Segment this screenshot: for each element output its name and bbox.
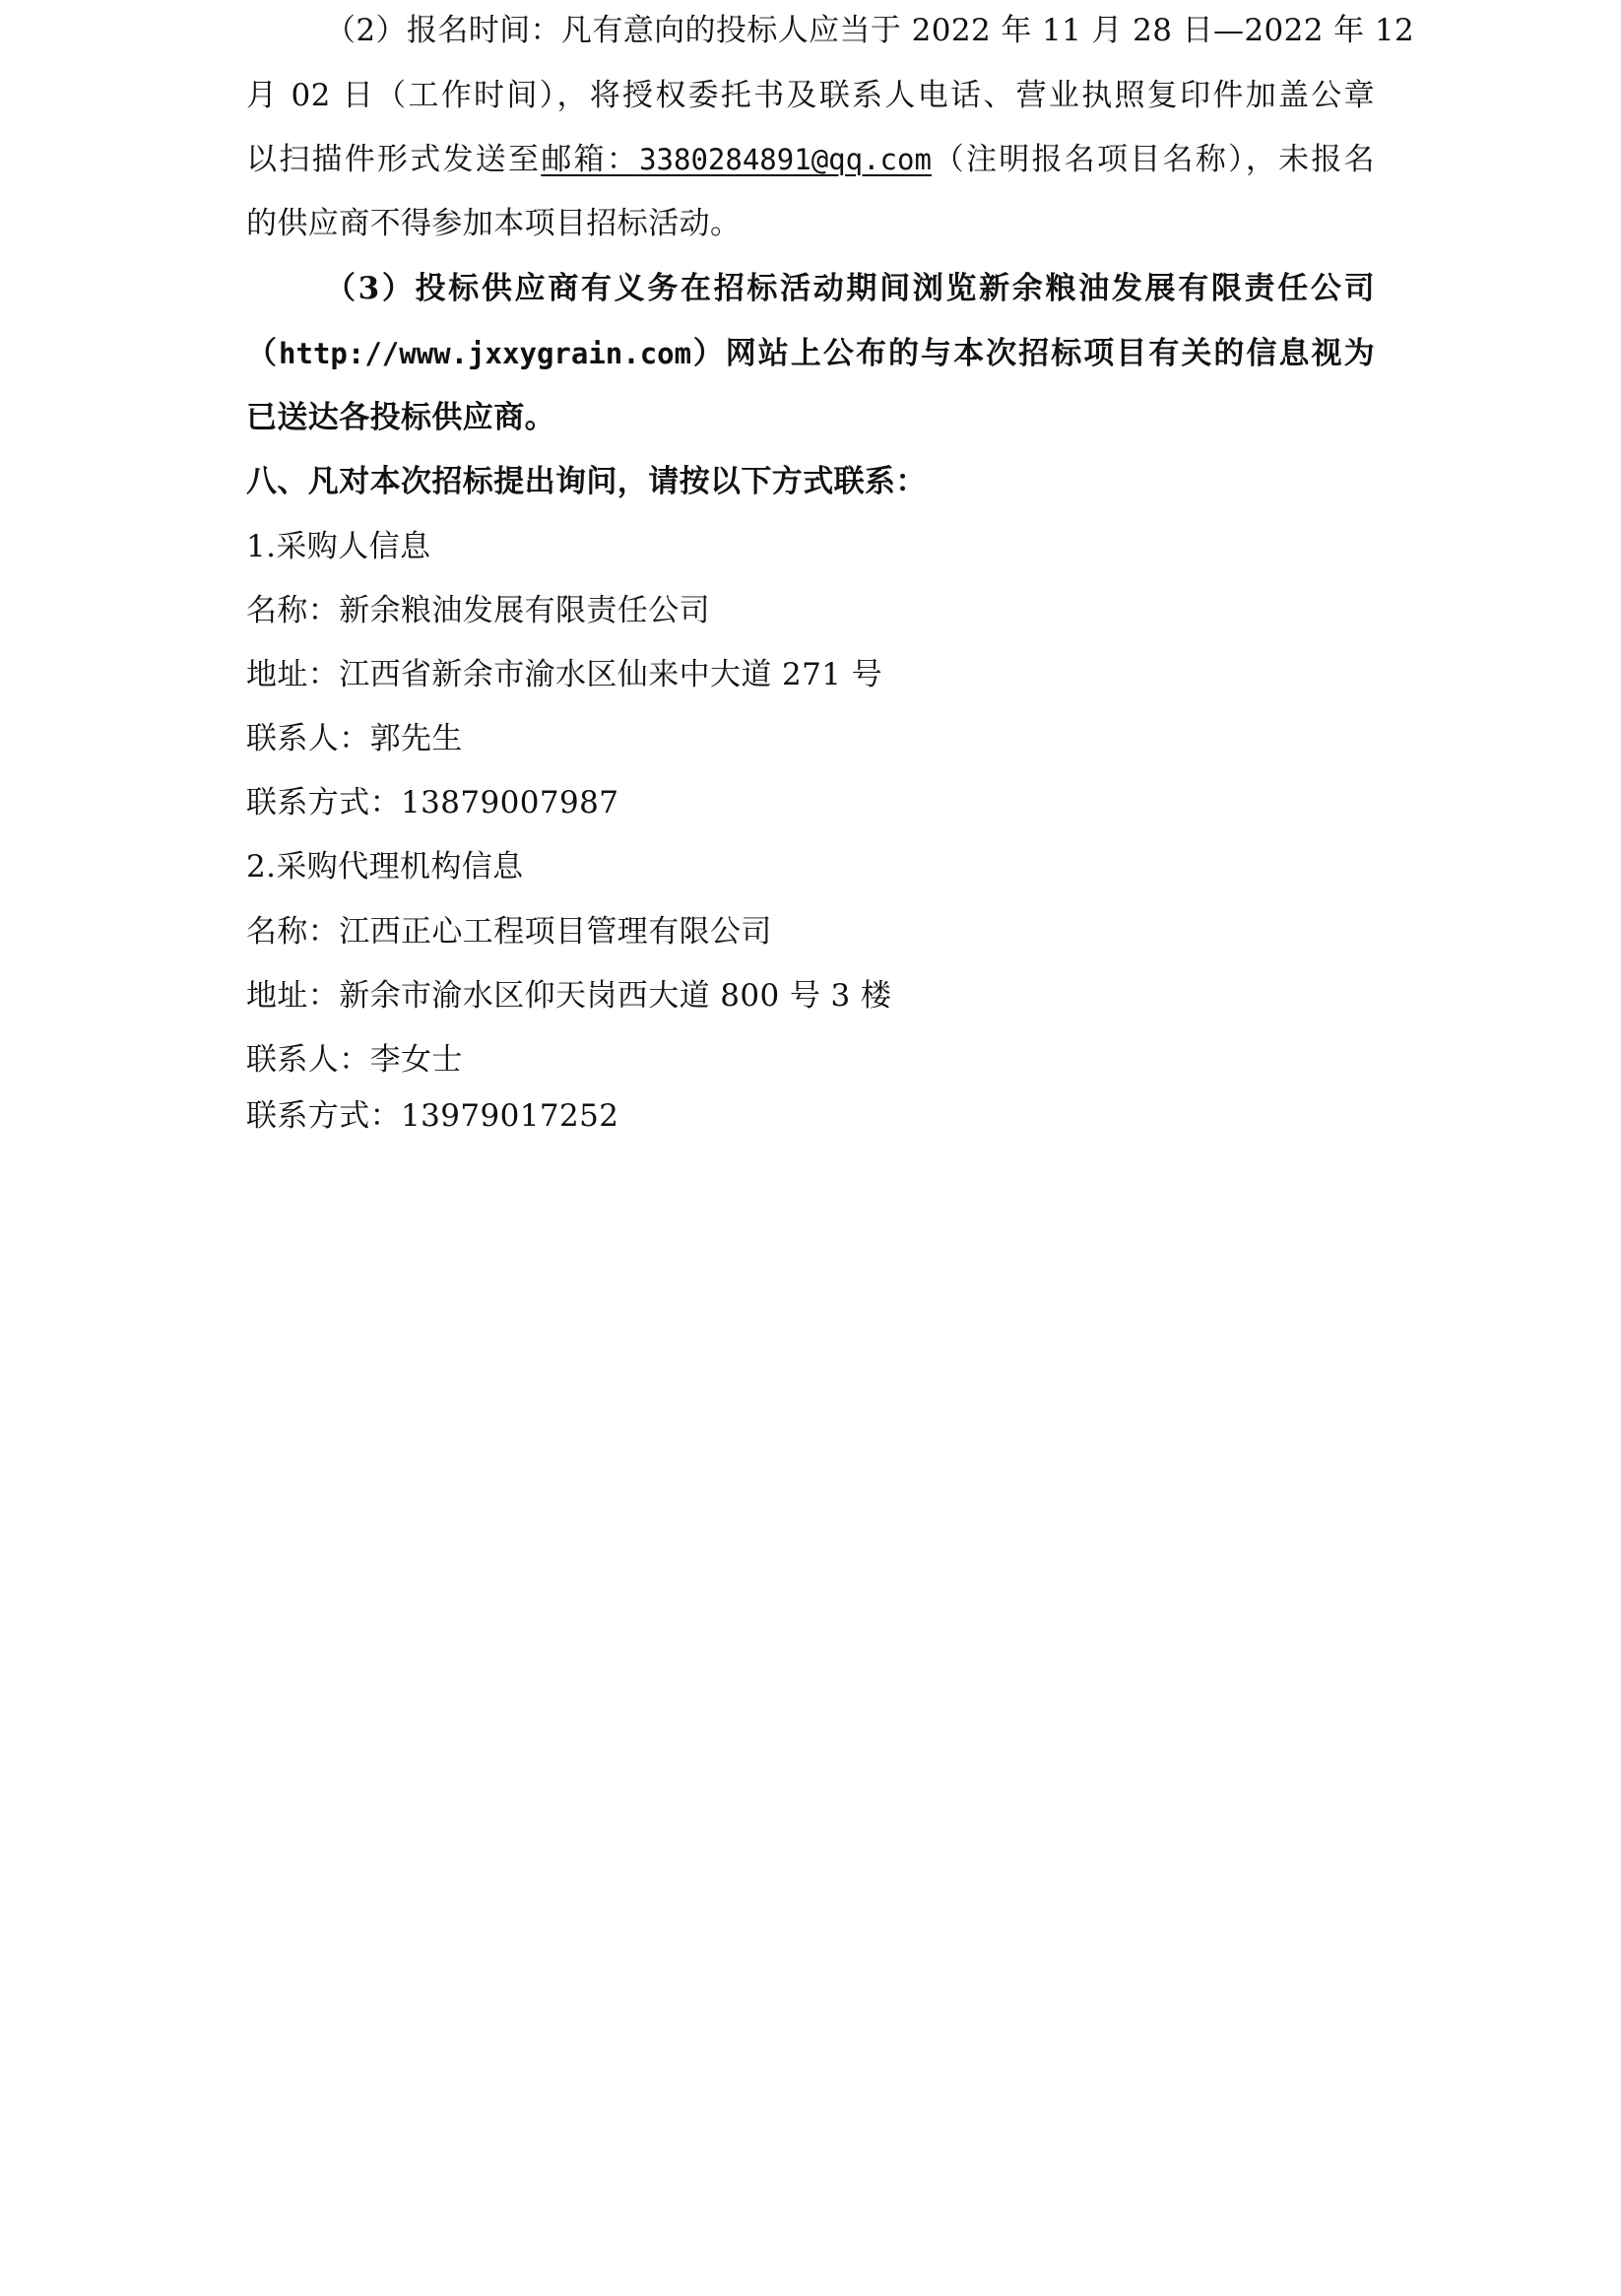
registration-suffix: （注明报名项目名称），未报名: [932, 142, 1375, 177]
registration-time-line-3: 以扫描件形式发送至邮箱：3380284891@qq.com（注明报名项目名称），…: [246, 140, 1375, 179]
notice-obligation-line-1: （3）投标供应商有义务在招标活动期间浏览新余粮油发展有限责任公司: [246, 269, 1375, 308]
purchaser-address: 地址：江西省新余市渝水区仙来中大道 271 号: [246, 655, 1375, 694]
purchaser-contact: 联系人：郭先生: [246, 719, 1375, 758]
document-page: （2）报名时间：凡有意向的投标人应当于 2022 年 11 月 28 日—202…: [0, 0, 1621, 2296]
section-8-heading: 八、凡对本次招标提出询问，请按以下方式联系：: [246, 462, 1375, 501]
email-link[interactable]: 邮箱：3380284891@qq.com: [541, 142, 932, 177]
purchaser-phone: 联系方式：13879007987: [246, 783, 1375, 822]
registration-time-line-1: （2）报名时间：凡有意向的投标人应当于 2022 年 11 月 28 日—202…: [246, 11, 1375, 50]
agency-title: 2.采购代理机构信息: [246, 847, 1375, 886]
notice-obligation-line-2: （http://www.jxxygrain.com）网站上公布的与本次招标项目有…: [246, 334, 1375, 373]
paren-open: （: [246, 336, 279, 371]
notice-obligation-rest: ）网站上公布的与本次招标项目有关的信息视为: [691, 336, 1375, 371]
notice-obligation-line-3: 已送达各投标供应商。: [246, 398, 1375, 437]
registration-prefix: 以扫描件形式发送至: [246, 142, 541, 177]
agency-address: 地址：新余市渝水区仰天岗西大道 800 号 3 楼: [246, 976, 1375, 1016]
purchaser-name: 名称：新余粮油发展有限责任公司: [246, 591, 1375, 630]
email-address: 3380284891@qq.com: [639, 143, 932, 176]
website-url[interactable]: http://www.jxxygrain.com: [279, 337, 691, 370]
registration-time-line-2: 月 02 日（工作时间），将授权委托书及联系人电话、营业执照复印件加盖公章: [246, 76, 1375, 115]
agency-name: 名称：江西正心工程项目管理有限公司: [246, 912, 1375, 951]
agency-phone: 联系方式：13979017252: [246, 1096, 1375, 1136]
email-label: 邮箱：: [541, 142, 639, 177]
agency-contact: 联系人：李女士: [246, 1040, 1375, 1080]
registration-time-line-4: 的供应商不得参加本项目招标活动。: [246, 204, 1375, 243]
purchaser-title: 1.采购人信息: [246, 527, 1375, 566]
